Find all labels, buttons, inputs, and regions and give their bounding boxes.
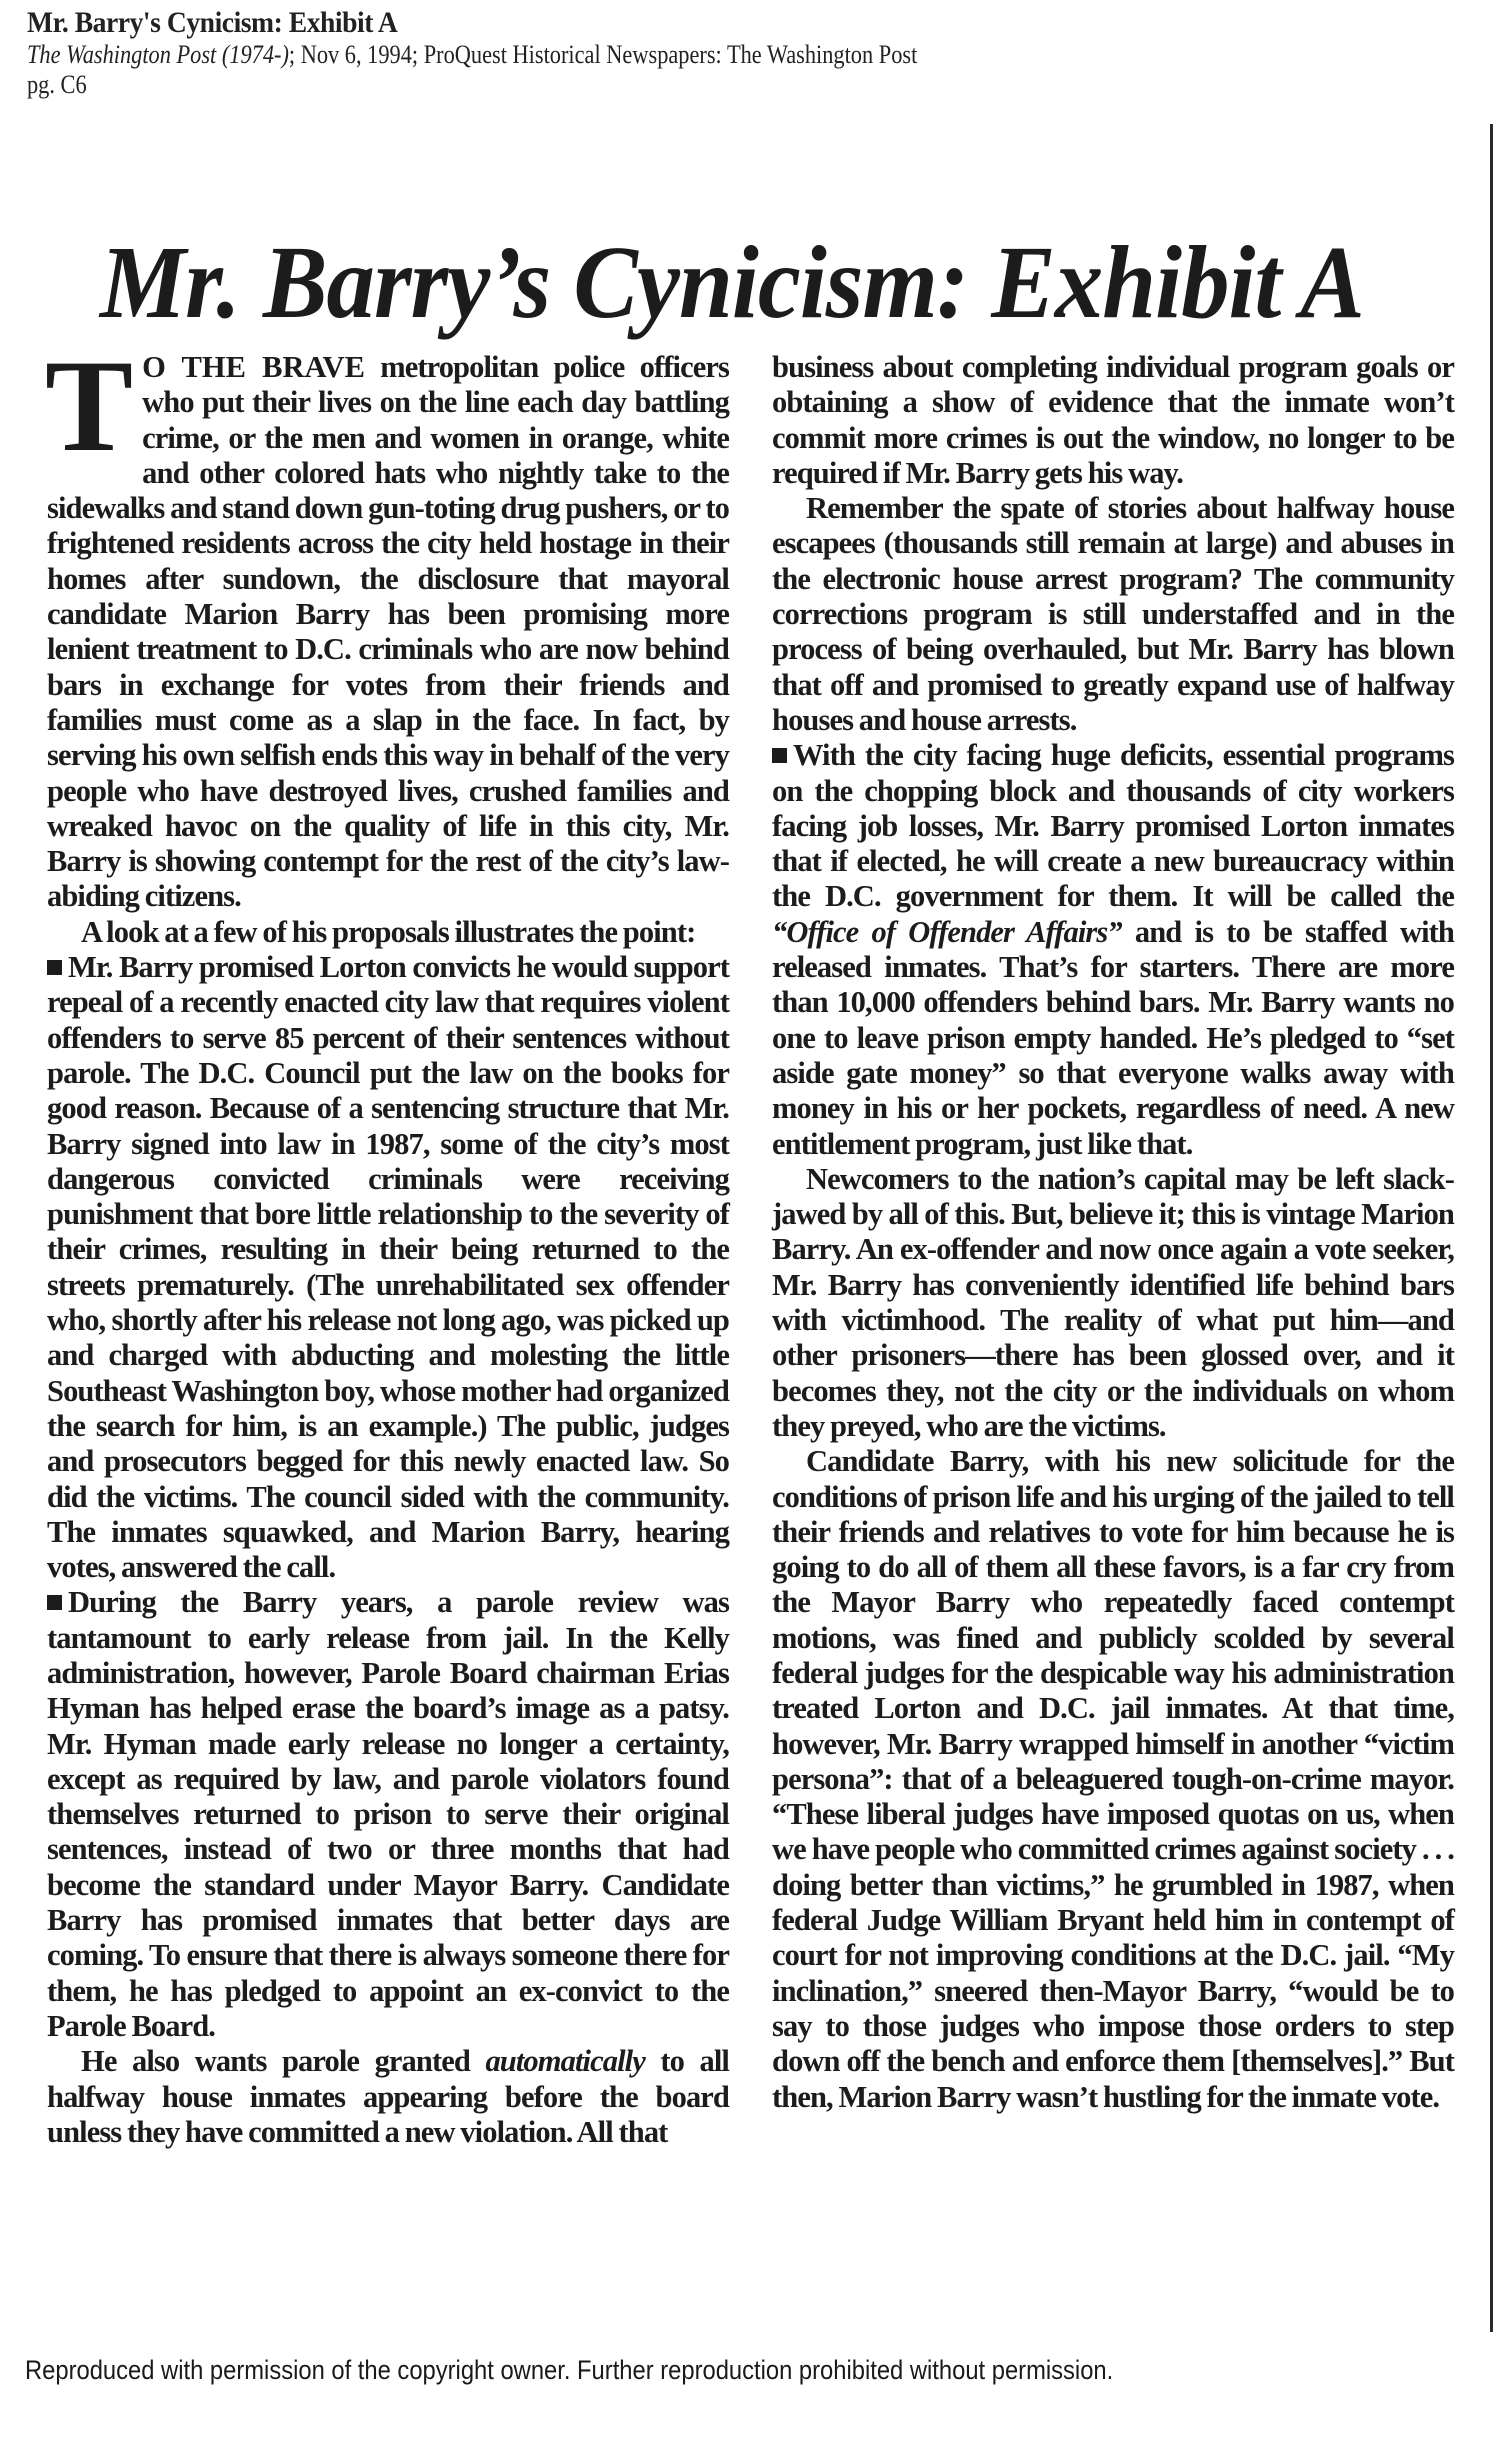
paragraph: He also wants parole granted automatical…: [47, 2044, 729, 2150]
paragraph-text: He also wants parole granted: [81, 2044, 485, 2078]
paragraph-opening: TO THE BRAVE metropolitan police officer…: [47, 350, 729, 915]
paragraph-text: and is to be staffed with released inmat…: [772, 915, 1454, 1161]
citation-page: pg. C6: [27, 70, 917, 100]
paragraph-text: With the city facing huge deficits, esse…: [772, 738, 1454, 913]
square-bullet-icon: [772, 748, 787, 763]
article-headline: Mr. Barry’s Cynicism: Exhibit A: [100, 228, 1309, 338]
bullet-paragraph: Mr. Barry promised Lorton convicts he wo…: [47, 950, 729, 1585]
paragraph-text: During the Barry years, a parole review …: [47, 1585, 729, 2043]
citation-publication: The Washington Post (1974-): [27, 40, 289, 69]
column-rule: [1490, 124, 1493, 2332]
paragraph: Newcomers to the nation’s capital may be…: [772, 1162, 1454, 1444]
paragraph-text: Mr. Barry promised Lorton convicts he wo…: [47, 950, 729, 1584]
square-bullet-icon: [47, 960, 62, 975]
square-bullet-icon: [47, 1595, 62, 1610]
paragraph-continued: business about completing individual pro…: [772, 350, 1454, 491]
article-column-right: business about completing individual pro…: [772, 350, 1454, 2115]
citation-source: The Washington Post (1974-); Nov 6, 1994…: [27, 40, 917, 70]
bullet-paragraph: During the Barry years, a parole review …: [47, 1585, 729, 2044]
citation-header: Mr. Barry's Cynicism: Exhibit A The Wash…: [27, 6, 1062, 100]
paragraph: Candidate Barry, with his new solicitude…: [772, 1444, 1454, 2115]
emphasis-text: “Office of Offender Affairs”: [772, 915, 1122, 949]
article-column-left: TO THE BRAVE metropolitan police officer…: [47, 350, 729, 2150]
paragraph: Remember the spate of stories about half…: [772, 491, 1454, 738]
copyright-notice: Reproduced with permission of the copyri…: [25, 2354, 1113, 2386]
paragraph: A look at a few of his proposals illustr…: [47, 915, 729, 950]
bullet-paragraph: With the city facing huge deficits, esse…: [772, 738, 1454, 1162]
citation-date-database: ; Nov 6, 1994; ProQuest Historical Newsp…: [289, 40, 917, 69]
citation-title: Mr. Barry's Cynicism: Exhibit A: [27, 6, 979, 40]
lead-in: O THE BRAVE: [142, 350, 365, 384]
drop-cap: T: [45, 358, 132, 458]
emphasis-text: automatically: [485, 2044, 644, 2078]
paragraph-text: metropolitan police officers who put the…: [47, 350, 729, 913]
